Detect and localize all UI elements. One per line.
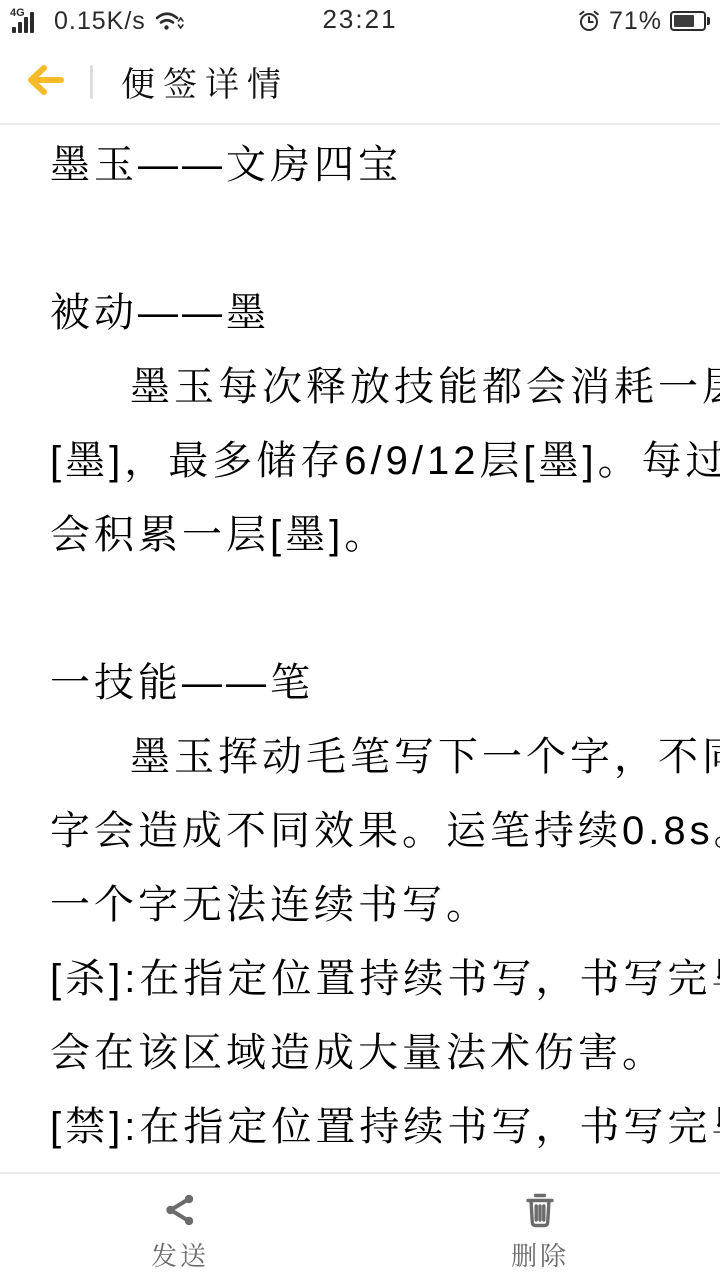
- bottom-action-bar: 发送 删除: [0, 1172, 720, 1280]
- status-left-group: 4G 0.15K/s: [10, 1, 184, 41]
- note-line: 会积累一层[墨]。: [50, 498, 696, 572]
- note-line: [杀]:在指定位置持续书写，书写完毕后: [50, 942, 696, 1016]
- note-content-area[interactable]: 墨玉——文房四宝 被动——墨墨玉每次释放技能都会消耗一层[墨]，最多储存6/9/…: [0, 125, 720, 1172]
- signal-bars: [12, 12, 34, 33]
- delete-button[interactable]: 删除: [360, 1174, 720, 1280]
- status-right-group: 71%: [577, 1, 710, 41]
- note-body: 墨玉——文房四宝 被动——墨墨玉每次释放技能都会消耗一层[墨]，最多储存6/9/…: [0, 125, 720, 1164]
- send-button[interactable]: 发送: [0, 1174, 360, 1280]
- note-line: 一个字无法连续书写。: [50, 868, 696, 942]
- share-icon: [162, 1190, 198, 1230]
- note-line: [禁]:在指定位置持续书写，书写完毕后: [50, 1090, 696, 1164]
- delete-label: 删除: [511, 1236, 569, 1273]
- note-line: 一技能——笔: [50, 646, 696, 720]
- note-line: 墨玉挥动毛笔写下一个字，不同的: [50, 720, 696, 794]
- wifi-icon: [154, 1, 184, 41]
- network-speed: 0.15K/s: [54, 7, 146, 36]
- header-divider-bar: [90, 65, 93, 99]
- note-line: 字会造成不同效果。运笔持续0.8s。同: [50, 794, 696, 868]
- note-line: [50, 572, 696, 646]
- note-line: [墨]，最多储存6/9/12层[墨]。每过10s: [50, 424, 696, 498]
- note-line: 墨玉每次释放技能都会消耗一层: [50, 350, 696, 424]
- back-arrow-icon: [24, 63, 66, 100]
- note-line: [50, 202, 696, 276]
- trash-icon: [522, 1190, 558, 1230]
- note-line: 墨玉——文房四宝: [50, 128, 696, 202]
- clock-time: 23:21: [322, 4, 397, 35]
- status-bar: 4G 0.15K/s 23:21 71%: [0, 0, 720, 40]
- battery-icon: [670, 11, 710, 31]
- send-label: 发送: [151, 1236, 209, 1273]
- page-title: 便签详情: [121, 57, 289, 106]
- cellular-signal-icon: 4G: [10, 7, 46, 35]
- header: 便签详情: [0, 40, 720, 123]
- back-button[interactable]: [0, 40, 90, 123]
- note-line: 被动——墨: [50, 276, 696, 350]
- battery-percent: 71%: [609, 7, 662, 36]
- battery-fill: [674, 15, 694, 27]
- note-line: 会在该区域造成大量法术伤害。: [50, 1016, 696, 1090]
- alarm-clock-icon: [577, 1, 601, 41]
